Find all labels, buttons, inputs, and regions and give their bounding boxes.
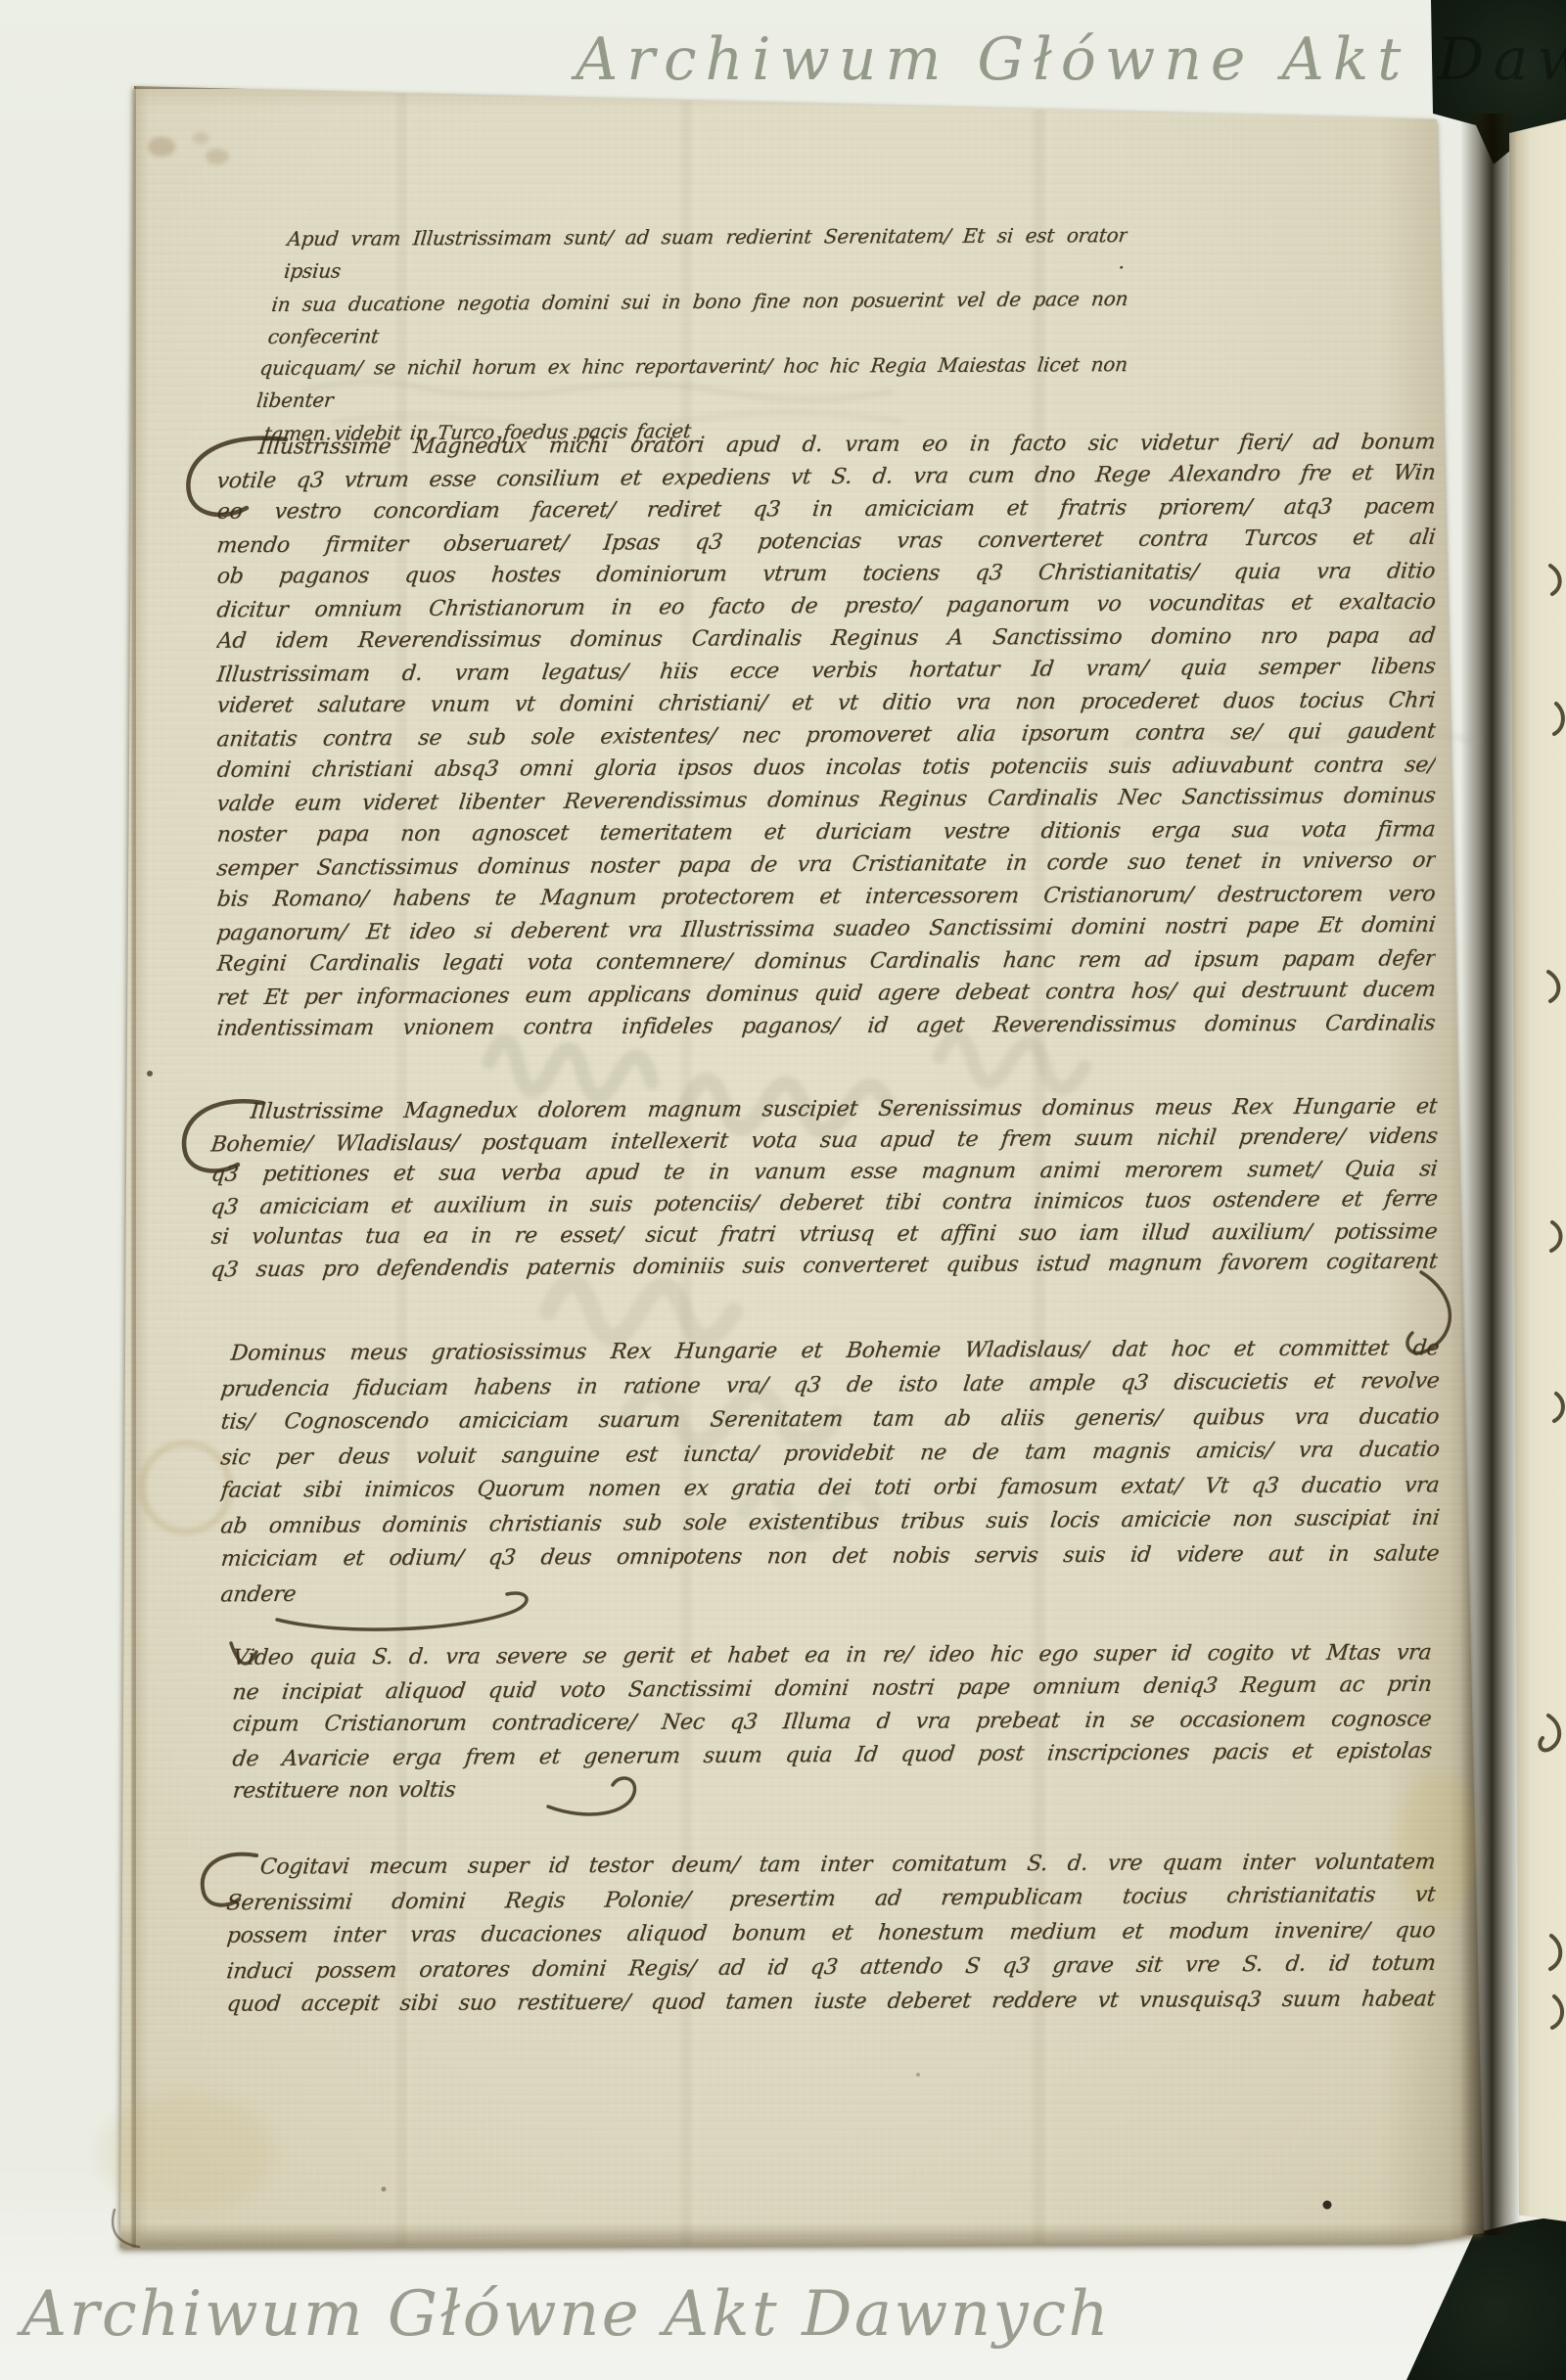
archive-watermark-bottom: Archiwum Główne Akt Dawnych (22, 2278, 1111, 2351)
scan-background: Apud vram Illustrissimam sunt/ ad suam r… (0, 0, 1566, 2380)
archive-watermark-top: Archiwum Główne Akt Dawnych (576, 25, 1566, 94)
ink-flourishes (0, 0, 1566, 2380)
